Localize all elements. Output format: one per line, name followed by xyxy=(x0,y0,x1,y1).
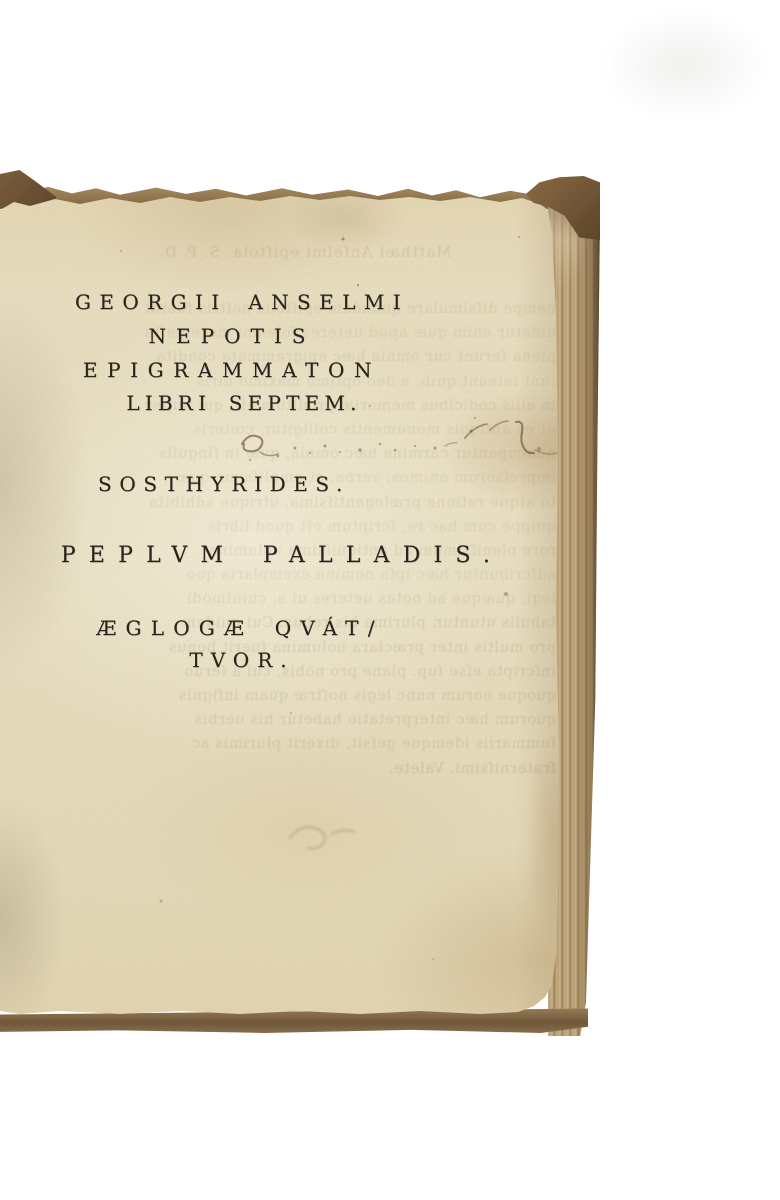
work-line-sosthyrides: SOSTHYRIDES. xyxy=(0,472,504,496)
foxing-speckles xyxy=(0,0,2,2)
bleedthrough-line: quippe cum hac re, ſcriptum eſt quod lib… xyxy=(64,515,556,539)
bleedthrough-line: legi, quæque ad notas ueteres ui a, cuiu… xyxy=(64,587,556,611)
book-photograph: Matthæi Anſelmi epiſtola. S. P. D. nempe… xyxy=(0,0,780,1200)
title-line-libri-septem: LIBRI SEPTEM. xyxy=(0,391,524,415)
work-line-tuor: TVOR. xyxy=(0,648,522,672)
work-line-peplum-palladis: PEPLVM PALLADIS. xyxy=(2,543,562,568)
title-line-epigrammaton: EPIGRAMMATON xyxy=(0,358,512,382)
background-smudge xyxy=(600,8,770,123)
title-line-nepotis: NEPOTIS xyxy=(0,324,512,348)
bleedthrough-header-line: Matthæi Anſelmi epiſtola. S. P. D. xyxy=(140,243,470,261)
bleedthrough-line: ſummariis idemque geſsit, dixerit plurim… xyxy=(64,732,556,756)
bleedthrough-line: fraterniſsimi. Valete. xyxy=(64,757,556,781)
bleedthrough-line: quoque eorum nunc legis noſtræ quam inſi… xyxy=(64,684,556,708)
bleedthrough-line: quorum hæc interpretatio habetur his uer… xyxy=(64,708,556,732)
faint-smudge-mark xyxy=(280,808,380,853)
work-line-aeglogae-quat: ÆGLOGÆ QVÁT/ xyxy=(0,616,520,640)
title-line-author: GEORGII ANSELMI xyxy=(0,290,522,314)
